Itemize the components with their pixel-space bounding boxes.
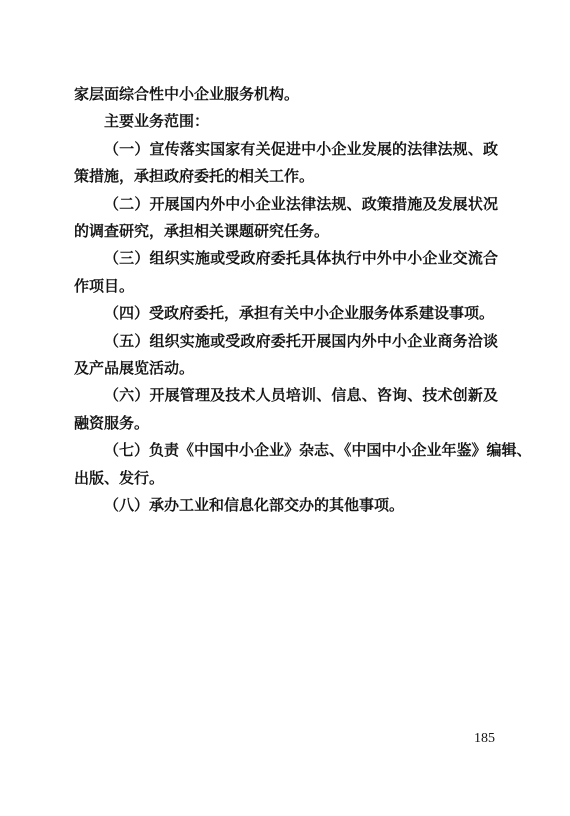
text-line: 的调查研究，承担相关课题研究任务。 — [74, 219, 498, 246]
text-line: 家层面综合性中小企业服务机构。 — [74, 82, 498, 109]
page-number: 185 — [74, 731, 498, 747]
text-line: （七）负责《中国中小企业》杂志、《中国中小企业年鉴》编辑、 — [74, 438, 498, 465]
text-line: 主要业务范围： — [74, 109, 498, 136]
text-line: （三）组织实施或受政府委托具体执行中外中小企业交流合 — [74, 246, 498, 273]
document-page: 家层面综合性中小企业服务机构。主要业务范围：（一）宣传落实国家有关促进中小企业发… — [0, 0, 570, 816]
text-line: （二）开展国内外中小企业法律法规、政策措施及发展状况 — [74, 192, 498, 219]
text-block: 家层面综合性中小企业服务机构。主要业务范围：（一）宣传落实国家有关促进中小企业发… — [74, 82, 498, 521]
text-line: 策措施，承担政府委托的相关工作。 — [74, 164, 498, 191]
text-line: 作项目。 — [74, 274, 498, 301]
text-line: （六）开展管理及技术人员培训、信息、咨询、技术创新及 — [74, 383, 498, 410]
text-line: 出版、发行。 — [74, 466, 498, 493]
text-line: （四）受政府委托，承担有关中小企业服务体系建设事项。 — [74, 301, 498, 328]
text-line: （五）组织实施或受政府委托开展国内外中小企业商务洽谈 — [74, 329, 498, 356]
text-line: （八）承办工业和信息化部交办的其他事项。 — [74, 493, 498, 520]
text-line: （一）宣传落实国家有关促进中小企业发展的法律法规、政 — [74, 137, 498, 164]
text-line: 融资服务。 — [74, 411, 498, 438]
text-line: 及产品展览活动。 — [74, 356, 498, 383]
